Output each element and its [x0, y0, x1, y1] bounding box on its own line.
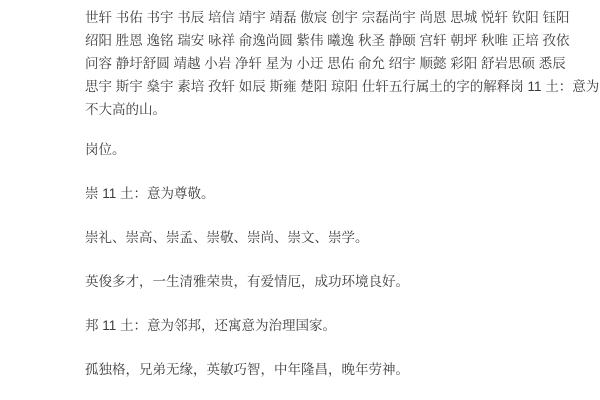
name-list-paragraph: 世轩 书佑 书宇 书辰 培信 靖宇 靖磊 傲宸 创宇 宗磊尚宇 尚恩 思城 悦轩…: [85, 6, 560, 121]
paragraph-chong-meaning: 崇 11 土：意为尊敬。: [85, 182, 560, 205]
name-list-line-4: 思宇 斯宇 燊宇 素培 孜轩 如辰 斯雍 楚阳 琼阳 仕轩五行属土的字的解释岗 …: [85, 75, 560, 98]
article-body: 世轩 书佑 书宇 书辰 培信 靖宇 靖磊 傲宸 创宇 宗磊尚宇 尚恩 思城 悦轩…: [0, 0, 600, 400]
name-list-line-1: 世轩 书佑 书宇 书辰 培信 靖宇 靖磊 傲宸 创宇 宗磊尚宇 尚恩 思城 悦轩…: [85, 6, 560, 29]
paragraph-position: 岗位。: [85, 138, 560, 161]
paragraph-bang-meaning: 邦 11 土：意为邻邦，还寓意为治理国家。: [85, 314, 560, 337]
name-list-line-2: 绍阳 胜恩 逸铭 瑞安 咏祥 俞逸尚圆 紫伟 曦逸 秋圣 静颐 宫轩 朝坪 秋唯…: [85, 29, 560, 52]
paragraph-chong-compounds: 崇礼、崇高、崇孟、崇敬、崇尚、崇文、崇学。: [85, 226, 560, 249]
paragraph-chong-fortune: 英俊多才，一生清雅荣贵，有爱情厄，成功环境良好。: [85, 270, 560, 293]
name-list-line-5: 不大高的山。: [85, 98, 560, 121]
name-list-line-3: 问容 静圩舒圆 靖越 小岩 净轩 星为 小迂 思佑 俞允 绍宇 顺懿 彩阳 舒岩…: [85, 52, 560, 75]
paragraph-bang-fortune: 孤独格，兄弟无缘，英敏巧智，中年隆昌，晚年劳神。: [85, 358, 560, 381]
